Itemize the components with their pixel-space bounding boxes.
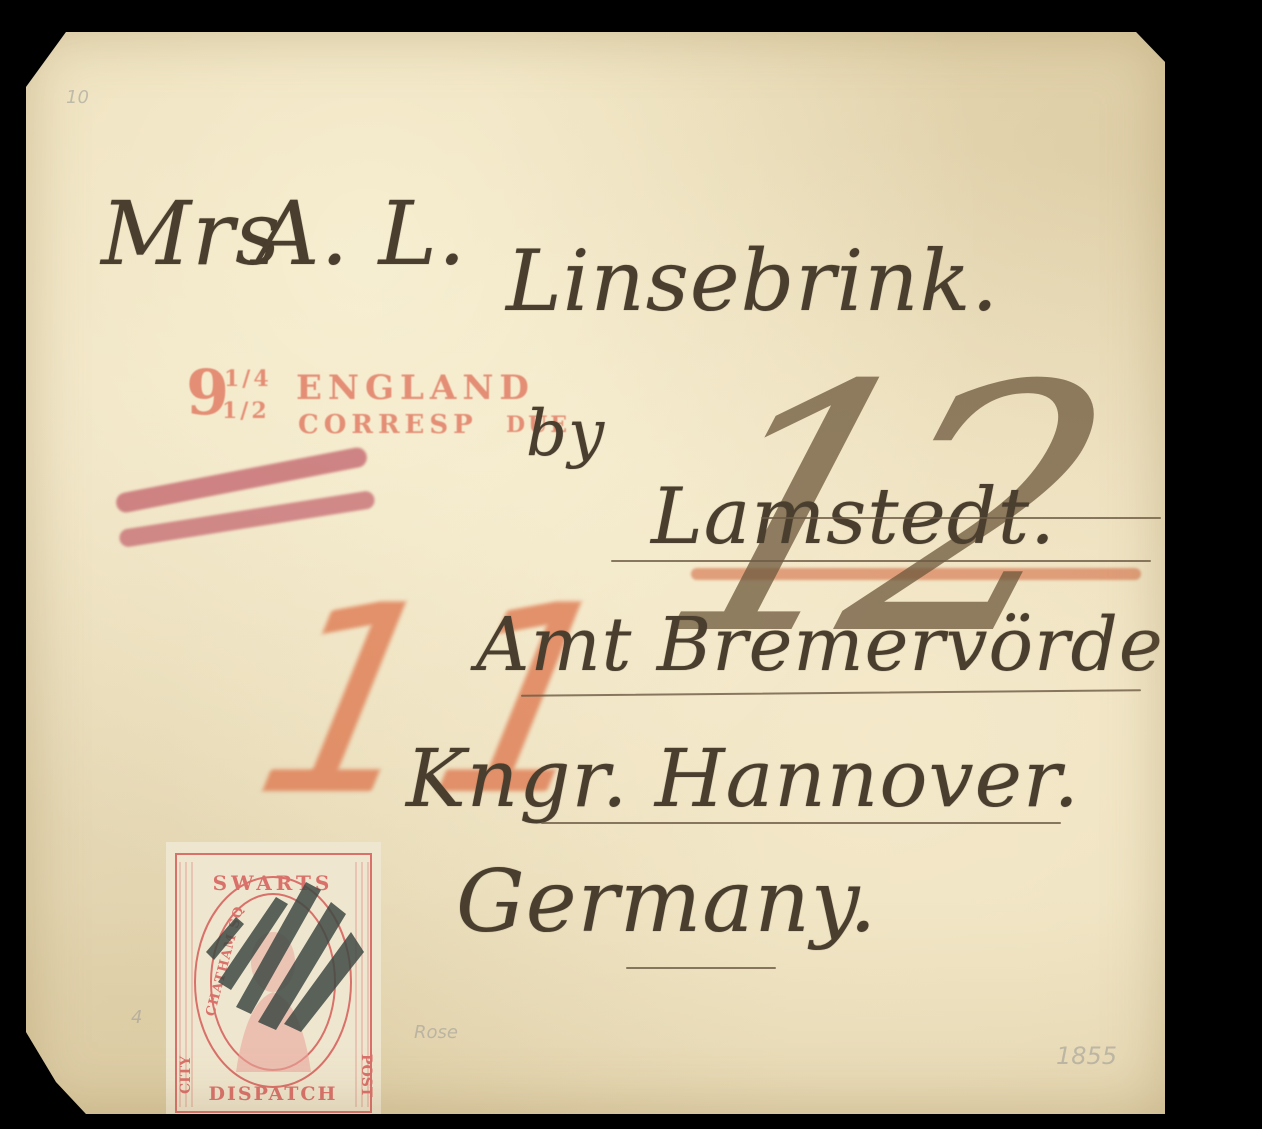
stamp-left-vertical: CITY xyxy=(178,1055,194,1094)
town-strike-line xyxy=(761,517,1161,519)
pencil-note-left-margin: 4 xyxy=(131,1007,142,1028)
address-via: by xyxy=(526,397,605,471)
country-flourish xyxy=(626,967,776,969)
town-underline xyxy=(611,560,1151,562)
address-region: Kngr. Hannover. xyxy=(406,732,1080,825)
address-surname: Linsebrink. xyxy=(506,232,999,330)
region-underline xyxy=(541,822,1061,824)
handstamp-rate-fraction-bottom: 1/2 xyxy=(222,398,270,424)
address-country: Germany. xyxy=(456,852,877,952)
pencil-note-bottom-right: 1855 xyxy=(1056,1042,1117,1070)
handstamp-line-2: CORRESP xyxy=(298,410,478,440)
address-district: Amt Bremervörde. xyxy=(476,602,1188,688)
handstamp-rate-fraction-top: 1/4 xyxy=(224,366,272,392)
address-initials: A. L. xyxy=(256,182,467,285)
handstamp-line-1: ENGLAND xyxy=(296,368,535,408)
stamp-bottom-text: DISPATCH xyxy=(209,1083,338,1105)
pencil-note-bottom-center: Rose xyxy=(414,1022,458,1043)
address-salutation: Mrs xyxy=(101,182,281,285)
pencil-note-top-left: 10 xyxy=(66,87,89,108)
stamp-right-vertical: POST xyxy=(358,1054,374,1098)
postage-stamp: SWARTS CHATHAM SQ CITY POST DISPATCH xyxy=(166,842,381,1127)
postal-cover: 10 4 Rose 1855 9 1/4 1/2 ENGLAND CORRESP… xyxy=(26,32,1165,1114)
